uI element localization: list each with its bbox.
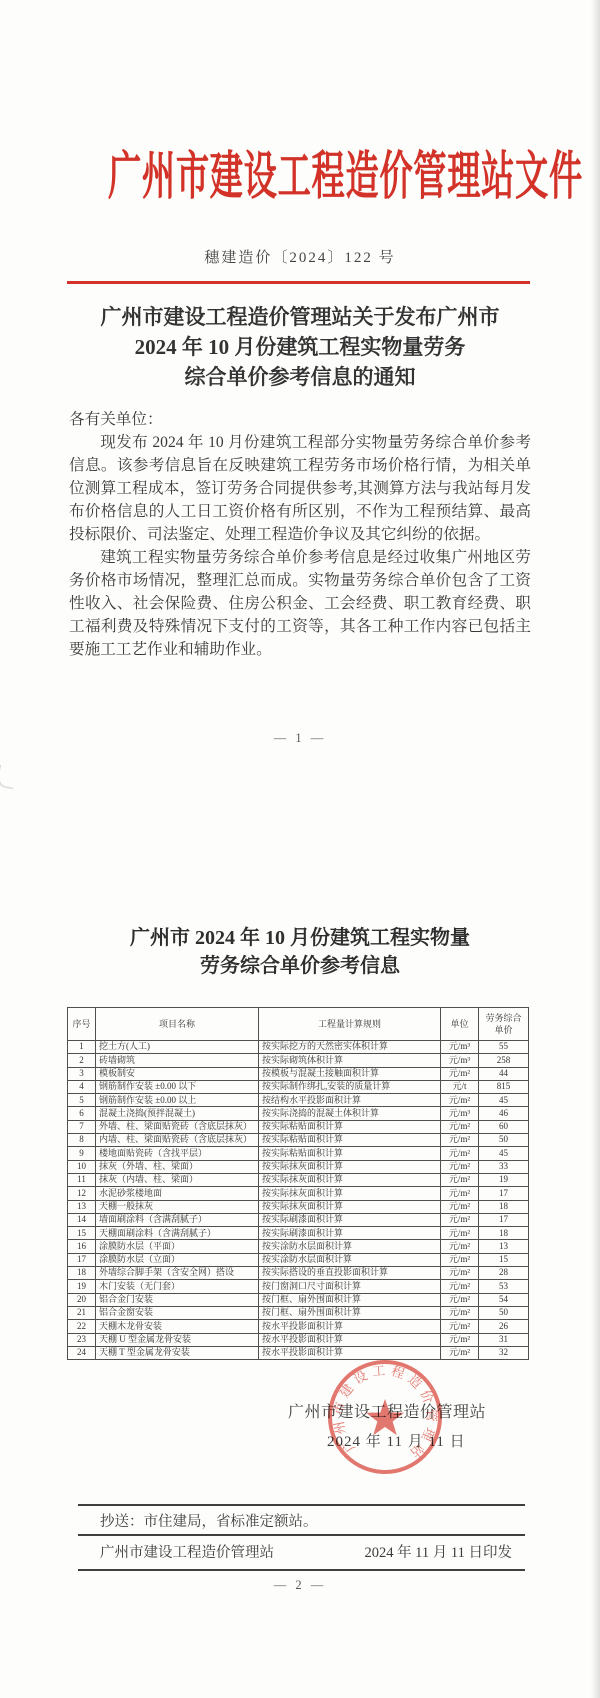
row-rule: 按实际刷漆面积计算 [259, 1213, 441, 1226]
row-price: 17 [479, 1187, 529, 1200]
row-price: 46 [479, 1107, 529, 1120]
table-row: 4 钢筋制作安装 ±0.00 以下 按实际制作绑扎,安装的质量计算 元/t 81… [68, 1080, 529, 1093]
row-index: 7 [68, 1120, 96, 1133]
row-unit: 元/m² [441, 1253, 479, 1266]
table-row: 12 水泥砂浆楼地面 按实际抹灰面积计算 元/m² 17 [68, 1187, 529, 1200]
row-rule: 按水平投影面积计算 [259, 1320, 441, 1333]
row-rule: 按门框、扇外围面积计算 [259, 1293, 441, 1306]
row-price: 55 [479, 1041, 529, 1054]
row-price: 18 [479, 1227, 529, 1240]
row-unit: 元/m² [441, 1333, 479, 1346]
row-unit: 元/m² [441, 1067, 479, 1080]
row-index: 4 [68, 1080, 96, 1093]
row-unit: 元/m² [441, 1267, 479, 1280]
table-row: 9 楼地面贴瓷砖（含找平层） 按实际粘贴面积计算 元/m² 45 [68, 1147, 529, 1160]
row-item-name: 外墙、柱、梁面贴瓷砖（含底层抹灰） [96, 1120, 259, 1133]
row-unit: 元/m² [441, 1094, 479, 1107]
row-item-name: 墙面刷涂料（含满刮腻子） [96, 1213, 259, 1226]
row-unit: 元/m³ [441, 1041, 479, 1054]
row-unit: 元/m² [441, 1160, 479, 1173]
table-row: 17 涂膜防水层（立面） 按实涂防水层面积计算 元/m² 15 [68, 1253, 529, 1266]
table-row: 24 天棚 T 型金属龙骨安装 按水平投影面积计算 元/m² 32 [68, 1346, 529, 1359]
row-rule: 按水平投影面积计算 [259, 1333, 441, 1346]
row-unit: 元/t [441, 1080, 479, 1093]
row-price: 18 [479, 1200, 529, 1213]
document-number: 穗建造价〔2024〕122 号 [0, 246, 600, 267]
row-index: 5 [68, 1094, 96, 1107]
row-index: 17 [68, 1253, 96, 1266]
row-index: 8 [68, 1134, 96, 1147]
row-index: 18 [68, 1267, 96, 1280]
table-row: 1 挖土方(人工) 按实际挖方的天然密实体积计算 元/m³ 55 [68, 1041, 529, 1054]
row-item-name: 砖墙砌筑 [96, 1054, 259, 1067]
row-price: 15 [479, 1253, 529, 1266]
row-price: 28 [479, 1267, 529, 1280]
row-unit: 元/m² [441, 1187, 479, 1200]
table-header-row: 序号 项目名称 工程量计算规则 单位 劳务综合单价 [68, 1008, 529, 1041]
row-item-name: 挖土方(人工) [96, 1041, 259, 1054]
footer-divider-2 [78, 1534, 525, 1536]
table-row: 6 混凝土浇捣(预拌混凝土) 按实际浇捣的混凝土体积计算 元/m³ 46 [68, 1107, 529, 1120]
footer-row: 广州市建设工程造价管理站 2024 年 11 月 11 日印发 [100, 1541, 512, 1562]
table-row: 18 外墙综合脚手架（含安全网）搭设 按实际搭设的垂直投影面积计算 元/m² 2… [68, 1267, 529, 1280]
row-price: 50 [479, 1306, 529, 1319]
row-unit: 元/m³ [441, 1054, 479, 1067]
row-rule: 按门框、扇外围面积计算 [259, 1306, 441, 1319]
row-price: 32 [479, 1346, 529, 1359]
table-title-line1: 广州市 2024 年 10 月份建筑工程实物量 [0, 924, 600, 952]
document-title-line1: 广州市建设工程造价管理站关于发布广州市 [0, 302, 600, 332]
row-index: 13 [68, 1200, 96, 1213]
table-row: 5 钢筋制作安装 ±0.00 以上 按结构水平投影面积计算 元/m² 45 [68, 1094, 529, 1107]
row-item-name: 天棚木龙骨安装 [96, 1320, 259, 1333]
table-row: 16 涂膜防水层（平面） 按实涂防水层面积计算 元/m² 13 [68, 1240, 529, 1253]
header-rule: 工程量计算规则 [259, 1008, 441, 1041]
row-rule: 按实际刷漆面积计算 [259, 1227, 441, 1240]
row-item-name: 抹灰（内墙、柱、梁面） [96, 1173, 259, 1186]
table-row: 10 抹灰（外墙、柱、梁面） 按实际抹灰面积计算 元/m² 33 [68, 1160, 529, 1173]
row-unit: 元/m² [441, 1213, 479, 1226]
table-row: 15 天棚面刷涂料（含满刮腻子） 按实际刷漆面积计算 元/m² 18 [68, 1227, 529, 1240]
row-rule: 按实涂防水层面积计算 [259, 1253, 441, 1266]
header-item-name: 项目名称 [96, 1008, 259, 1041]
row-item-name: 涂膜防水层（平面） [96, 1240, 259, 1253]
row-item-name: 天棚 U 型金属龙骨安装 [96, 1333, 259, 1346]
price-reference-table: 序号 项目名称 工程量计算规则 单位 劳务综合单价 1 挖土方(人工) 按实际挖… [67, 1007, 529, 1360]
table-row: 7 外墙、柱、梁面贴瓷砖（含底层抹灰） 按实际粘贴面积计算 元/m² 60 [68, 1120, 529, 1133]
table-row: 11 抹灰（内墙、柱、梁面） 按实际抹灰面积计算 元/m² 19 [68, 1173, 529, 1186]
row-index: 24 [68, 1346, 96, 1359]
table-row: 13 天棚一般抹灰 按实际抹灰面积计算 元/m² 18 [68, 1200, 529, 1213]
row-rule: 按实涂防水层面积计算 [259, 1240, 441, 1253]
footer-divider-1 [78, 1504, 525, 1506]
row-item-name: 天棚 T 型金属龙骨安装 [96, 1346, 259, 1359]
row-price: 54 [479, 1293, 529, 1306]
row-index: 2 [68, 1054, 96, 1067]
row-index: 15 [68, 1227, 96, 1240]
row-price: 33 [479, 1160, 529, 1173]
document-title-line2: 2024 年 10 月份建筑工程实物量劳务 [0, 332, 600, 362]
cc-line: 抄送：市住建局，省标准定额站。 [100, 1510, 318, 1531]
row-price: 31 [479, 1333, 529, 1346]
document-title: 广州市建设工程造价管理站关于发布广州市 2024 年 10 月份建筑工程实物量劳… [0, 302, 600, 392]
header-unit: 单位 [441, 1008, 479, 1041]
row-unit: 元/m² [441, 1120, 479, 1133]
row-unit: 元/m² [441, 1306, 479, 1319]
row-index: 6 [68, 1107, 96, 1120]
row-index: 14 [68, 1213, 96, 1226]
document-title-line3: 综合单价参考信息的通知 [0, 362, 600, 392]
row-rule: 按模板与混凝土接触面积计算 [259, 1067, 441, 1080]
official-stamp: 广州市建设工程造价管理站 [324, 1356, 446, 1478]
row-price: 45 [479, 1147, 529, 1160]
row-unit: 元/m² [441, 1320, 479, 1333]
row-rule: 按实际抹灰面积计算 [259, 1200, 441, 1213]
row-price: 26 [479, 1320, 529, 1333]
row-rule: 按实际搭设的垂直投影面积计算 [259, 1267, 441, 1280]
row-price: 45 [479, 1094, 529, 1107]
row-item-name: 天棚面刷涂料（含满刮腻子） [96, 1227, 259, 1240]
scan-edge-shadow [591, 0, 600, 1698]
table-row: 3 模板制安 按模板与混凝土接触面积计算 元/m² 44 [68, 1067, 529, 1080]
row-rule: 按结构水平投影面积计算 [259, 1094, 441, 1107]
page-number-1: — 1 — [0, 731, 600, 746]
row-index: 16 [68, 1240, 96, 1253]
table-title: 广州市 2024 年 10 月份建筑工程实物量 劳务综合单价参考信息 [0, 924, 600, 980]
header-index: 序号 [68, 1008, 96, 1041]
row-rule: 按实际抹灰面积计算 [259, 1173, 441, 1186]
document-body: 各有关单位： 现发布 2024 年 10 月份建筑工程部分实物量劳务综合单价参考… [69, 408, 531, 661]
row-price: 17 [479, 1213, 529, 1226]
row-rule: 按实际抹灰面积计算 [259, 1187, 441, 1200]
row-item-name: 抹灰（外墙、柱、梁面） [96, 1160, 259, 1173]
row-unit: 元/m³ [441, 1107, 479, 1120]
row-rule: 按实际制作绑扎,安装的质量计算 [259, 1080, 441, 1093]
star-icon [366, 1399, 404, 1435]
table-row: 20 铝合金门安装 按门框、扇外围面积计算 元/m² 54 [68, 1293, 529, 1306]
row-unit: 元/m² [441, 1240, 479, 1253]
row-index: 23 [68, 1333, 96, 1346]
row-index: 3 [68, 1067, 96, 1080]
row-price: 13 [479, 1240, 529, 1253]
red-separator-line [67, 281, 530, 284]
table-row: 2 砖墙砌筑 按实际砌筑体积计算 元/m³ 258 [68, 1054, 529, 1067]
row-unit: 元/m² [441, 1293, 479, 1306]
row-rule: 按实际粘贴面积计算 [259, 1147, 441, 1160]
row-unit: 元/m² [441, 1147, 479, 1160]
table-row: 22 天棚木龙骨安装 按水平投影面积计算 元/m² 26 [68, 1320, 529, 1333]
page-number-2: — 2 — [0, 1578, 600, 1593]
row-rule: 按实际抹灰面积计算 [259, 1160, 441, 1173]
row-rule: 按实际粘贴面积计算 [259, 1134, 441, 1147]
footer-divider-3 [78, 1569, 525, 1571]
row-item-name: 铝合金窗安装 [96, 1306, 259, 1319]
table-title-line2: 劳务综合单价参考信息 [0, 952, 600, 980]
row-item-name: 混凝土浇捣(预拌混凝土) [96, 1107, 259, 1120]
body-paragraph-1: 现发布 2024 年 10 月份建筑工程部分实物量劳务综合单价参考信息。该参考信… [69, 431, 531, 546]
row-item-name: 内墙、柱、梁面贴瓷砖（含底层抹灰） [96, 1134, 259, 1147]
row-item-name: 钢筋制作安装 ±0.00 以上 [96, 1094, 259, 1107]
row-rule: 按实际砌筑体积计算 [259, 1054, 441, 1067]
row-price: 19 [479, 1173, 529, 1186]
row-price: 44 [479, 1067, 529, 1080]
row-item-name: 外墙综合脚手架（含安全网）搭设 [96, 1267, 259, 1280]
row-index: 9 [68, 1147, 96, 1160]
row-item-name: 铝合金门安装 [96, 1293, 259, 1306]
letterhead-title: 广州市建设工程造价管理站文件 [108, 134, 492, 209]
document-scan: 广州市建设工程造价管理站文件 穗建造价〔2024〕122 号 广州市建设工程造价… [0, 0, 600, 1698]
row-index: 22 [68, 1320, 96, 1333]
row-item-name: 楼地面贴瓷砖（含找平层） [96, 1147, 259, 1160]
row-price: 50 [479, 1134, 529, 1147]
table-row: 21 铝合金窗安装 按门框、扇外围面积计算 元/m² 50 [68, 1306, 529, 1319]
table-row: 19 木门安装（无门套） 按门窗洞口尺寸面积计算 元/m² 53 [68, 1280, 529, 1293]
row-item-name: 天棚一般抹灰 [96, 1200, 259, 1213]
row-index: 21 [68, 1306, 96, 1319]
table-row: 8 内墙、柱、梁面贴瓷砖（含底层抹灰） 按实际粘贴面积计算 元/m² 50 [68, 1134, 529, 1147]
row-index: 11 [68, 1173, 96, 1186]
row-index: 10 [68, 1160, 96, 1173]
row-unit: 元/m² [441, 1227, 479, 1240]
row-rule: 按实际挖方的天然密实体积计算 [259, 1041, 441, 1054]
row-item-name: 水泥砂浆楼地面 [96, 1187, 259, 1200]
row-rule: 按实际粘贴面积计算 [259, 1120, 441, 1133]
row-price: 258 [479, 1054, 529, 1067]
footer-issue-date: 2024 年 11 月 11 日印发 [364, 1541, 512, 1562]
table-row: 23 天棚 U 型金属龙骨安装 按水平投影面积计算 元/m² 31 [68, 1333, 529, 1346]
row-index: 1 [68, 1041, 96, 1054]
row-item-name: 模板制安 [96, 1067, 259, 1080]
row-unit: 元/m² [441, 1346, 479, 1359]
row-unit: 元/m² [441, 1134, 479, 1147]
salutation: 各有关单位： [69, 408, 531, 431]
row-price: 53 [479, 1280, 529, 1293]
footer-org: 广州市建设工程造价管理站 [100, 1541, 274, 1562]
row-index: 20 [68, 1293, 96, 1306]
row-rule: 按门窗洞口尺寸面积计算 [259, 1280, 441, 1293]
table-row: 14 墙面刷涂料（含满刮腻子） 按实际刷漆面积计算 元/m² 17 [68, 1213, 529, 1226]
row-unit: 元/m² [441, 1173, 479, 1186]
row-price: 60 [479, 1120, 529, 1133]
body-paragraph-2: 建筑工程实物量劳务综合单价参考信息是经过收集广州地区劳务价格市场情况，整理汇总而… [69, 546, 531, 661]
row-unit: 元/m² [441, 1280, 479, 1293]
row-item-name: 涂膜防水层（立面） [96, 1253, 259, 1266]
row-item-name: 钢筋制作安装 ±0.00 以下 [96, 1080, 259, 1093]
header-price: 劳务综合单价 [479, 1008, 529, 1041]
row-index: 19 [68, 1280, 96, 1293]
row-unit: 元/m² [441, 1200, 479, 1213]
scan-artifact [0, 765, 17, 790]
row-item-name: 木门安装（无门套） [96, 1280, 259, 1293]
row-rule: 按实际浇捣的混凝土体积计算 [259, 1107, 441, 1120]
row-index: 12 [68, 1187, 96, 1200]
row-price: 815 [479, 1080, 529, 1093]
